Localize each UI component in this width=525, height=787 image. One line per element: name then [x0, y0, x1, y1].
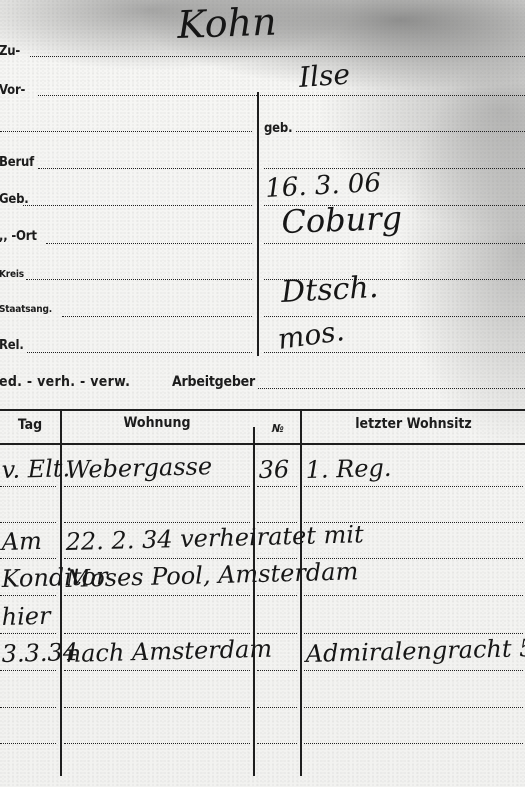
header-wohnung: Wohnung [62, 416, 252, 430]
blank-field-line[interactable] [0, 131, 252, 132]
table-row-line [304, 670, 523, 671]
table-row-line [0, 707, 56, 708]
table-row-line [64, 707, 250, 708]
table-row-line [64, 486, 250, 487]
surname-field-line[interactable] [30, 56, 525, 57]
label-religion: Rel. [0, 339, 24, 352]
cell-tag: hier [1, 604, 50, 629]
cell-wohnung: Webergasse [65, 454, 212, 482]
cell-wohnung: 22. 2. 34 verheiratet mit [65, 522, 364, 554]
label-employer: Arbeitgeber [172, 375, 255, 389]
label-citizenship: Staatsang. [0, 305, 52, 315]
label-district: Kreis [0, 270, 24, 280]
birth-date-handwritten: 16. 3. 06 [265, 170, 382, 202]
label-given-name: Vor- [0, 84, 25, 97]
table-row-line [304, 633, 523, 634]
table-row-line [64, 595, 250, 596]
table-header-bottom-rule [0, 443, 525, 445]
table-row-line [64, 670, 250, 671]
birth-date-field-line-left[interactable] [23, 205, 252, 206]
table-row-line [257, 486, 297, 487]
district-field-line-left[interactable] [26, 279, 252, 280]
table-row-line [64, 522, 250, 523]
header-number: № [256, 423, 300, 434]
cell-letzter-wohnsitz: 1. Reg. [305, 456, 391, 482]
table-row-line [0, 670, 56, 671]
occupation-field-line-right[interactable] [264, 168, 525, 169]
table-row-line [0, 486, 56, 487]
birth-place-handwritten: Coburg [281, 202, 403, 238]
column-divider-wohnung [253, 427, 255, 776]
table-top-rule [0, 409, 525, 411]
label-occupation: Beruf [0, 156, 34, 169]
birth-place-field-line-right[interactable] [264, 243, 525, 244]
paper-grain [0, 0, 525, 787]
surname-handwritten: Kohn [177, 3, 277, 44]
table-row-line [304, 486, 523, 487]
citizenship-field-line-right[interactable] [264, 316, 525, 317]
given-name-handwritten: Ilse [298, 61, 351, 92]
table-row-line [257, 707, 297, 708]
employer-field-line[interactable] [258, 388, 525, 389]
table-row-line [64, 633, 250, 634]
label-born-as: geb. [264, 122, 292, 135]
table-row-line [304, 707, 523, 708]
table-row-line [0, 595, 56, 596]
table-row-line [257, 670, 297, 671]
table-row-line [304, 743, 523, 744]
occupation-field-line-left[interactable] [38, 168, 252, 169]
religion-field-line-left[interactable] [27, 352, 252, 353]
table-row-line [0, 558, 56, 559]
table-row-line [257, 743, 297, 744]
table-row-line [64, 743, 250, 744]
table-row-line [257, 595, 297, 596]
table-row-line [304, 595, 523, 596]
table-row-line [64, 558, 250, 559]
top-section-divider [257, 92, 259, 356]
citizenship-handwritten: Dtsch. [280, 273, 379, 308]
cell-nr: 36 [258, 457, 289, 482]
cell-tag: Am [1, 529, 42, 554]
column-divider-nr [300, 410, 302, 776]
cell-letzter-wohnsitz: Admiralengracht 57 [305, 636, 525, 666]
header-tag: Tag [0, 418, 60, 432]
label-birth-place: ,, -Ort [0, 230, 37, 243]
table-row-line [0, 743, 56, 744]
birth-place-field-line-left[interactable] [46, 243, 252, 244]
cell-wohnung: nach Amsterdam [65, 637, 272, 666]
cell-wohnung: Moses Pool, Amsterdam [65, 559, 358, 591]
cell-tag: v. Elt. [1, 456, 70, 482]
citizenship-field-line-left[interactable] [62, 316, 252, 317]
born-as-field-line[interactable] [296, 131, 525, 132]
header-last-residence: letzter Wohnsitz [302, 417, 525, 431]
given-name-field-line[interactable] [38, 95, 525, 96]
table-row-line [0, 633, 56, 634]
table-row-line [0, 522, 56, 523]
label-surname: Zu- [0, 45, 20, 58]
marital-status-options[interactable]: ed. - verh. - verw. [0, 375, 130, 389]
